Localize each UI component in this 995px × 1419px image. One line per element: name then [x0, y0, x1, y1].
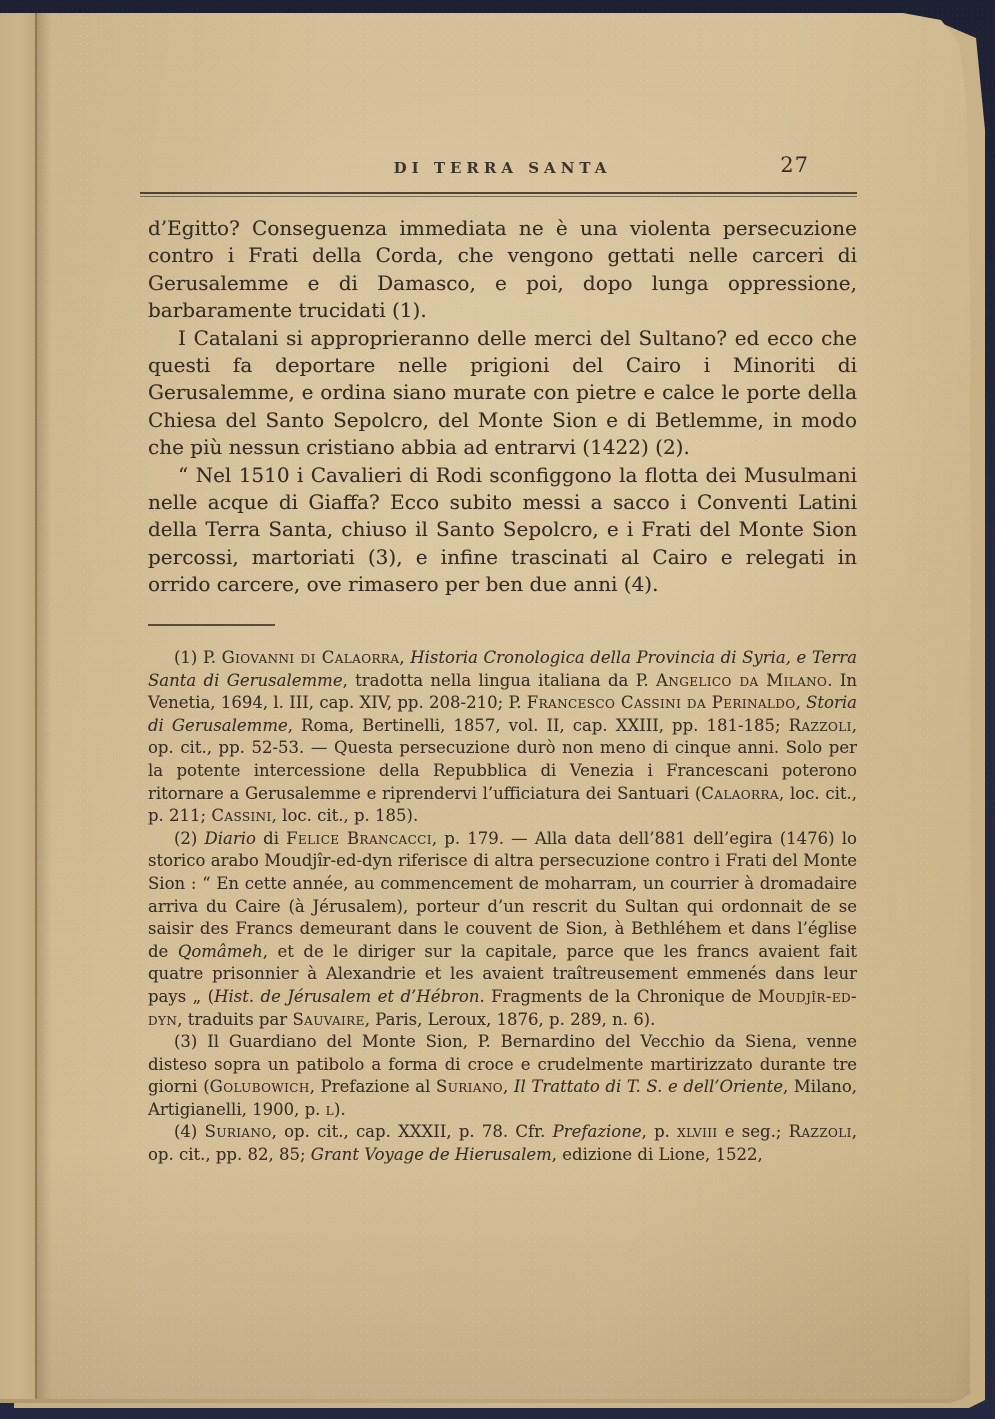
text-run: , op. cit., cap. XXXII, p. 78. Cfr.: [272, 1122, 553, 1141]
smallcaps-run: xlviii: [677, 1122, 717, 1141]
smallcaps-run: Golubowich: [210, 1077, 310, 1096]
smallcaps-run: Felice Brancacci: [286, 829, 432, 848]
smallcaps-run: Giovanni di Calaorra: [222, 648, 400, 667]
italic-run: Grant Voyage de Hierusalem: [311, 1145, 552, 1164]
text-run: ,: [796, 693, 807, 712]
book-page: DI TERRA SANTA 27 d’Egitto? Conseguenza …: [0, 13, 970, 1399]
italic-run: Diario: [205, 829, 256, 848]
body-paragraph: d’Egitto? Conseguenza immediata ne è una…: [148, 215, 857, 325]
text-run: , loc. cit., p. 185).: [272, 806, 419, 825]
text-run: di: [256, 829, 286, 848]
text-run: e seg.;: [718, 1122, 789, 1141]
italic-run: Hist. de Jérusalem et d’Hébron: [214, 987, 479, 1006]
bottom-page-stack-edge: [0, 1399, 962, 1403]
text-run: , traduits par: [177, 1010, 292, 1029]
italic-run: Prefazione: [553, 1122, 642, 1141]
smallcaps-run: Suriano: [205, 1122, 272, 1141]
text-run: ,: [503, 1077, 514, 1096]
body-paragraph: “ Nel 1510 i Cavalieri di Rodi sconfiggo…: [148, 462, 857, 599]
text-run: ,: [399, 648, 410, 667]
text-run: ).: [334, 1100, 346, 1119]
text-run: (2): [174, 829, 205, 848]
text-run: (1) P.: [174, 648, 222, 667]
smallcaps-run: Calaorra: [701, 784, 779, 803]
header-rule: [140, 192, 857, 197]
text-run: d’Egitto? Conseguenza immediata ne è una…: [148, 216, 857, 322]
smallcaps-run: l: [326, 1100, 334, 1119]
text-run: , p.: [642, 1122, 678, 1141]
smallcaps-run: Francesco Cassini da Perinaldo: [527, 693, 796, 712]
smallcaps-run: Sauvaire: [292, 1010, 364, 1029]
footnote-separator-rule: [148, 624, 275, 626]
page-number: 27: [780, 153, 809, 177]
footnote: (2) Diario di Felice Brancacci, p. 179. …: [148, 828, 857, 1031]
body-paragraph: I Catalani si approprieranno delle merci…: [148, 325, 857, 462]
smallcaps-run: Razzoli: [789, 716, 852, 735]
gutter-page-edge: [0, 13, 37, 1399]
smallcaps-run: Cassini: [211, 806, 271, 825]
text-block: DI TERRA SANTA 27 d’Egitto? Conseguenza …: [148, 13, 857, 1399]
scanned-book-page-photo: DI TERRA SANTA 27 d’Egitto? Conseguenza …: [0, 0, 995, 1419]
smallcaps-run: Razzoli: [789, 1122, 852, 1141]
text-run: , Prefazione al: [310, 1077, 436, 1096]
text-run: I Catalani si approprieranno delle merci…: [148, 326, 857, 460]
footnote: (3) Il Guardiano del Monte Sion, P. Bern…: [148, 1031, 857, 1121]
text-run: , edizione di Lione, 1522,: [552, 1145, 763, 1164]
footnotes: (1) P. Giovanni di Calaorra, Historia Cr…: [148, 647, 857, 1167]
text-run: , Paris, Leroux, 1876, p. 289, n. 6).: [365, 1010, 656, 1029]
smallcaps-run: Suriano: [436, 1077, 503, 1096]
text-run: “ Nel 1510 i Cavalieri di Rodi sconfiggo…: [148, 463, 857, 597]
italic-run: Qomâmeh: [178, 942, 263, 961]
text-run: , Roma, Bertinelli, 1857, vol. II, cap. …: [288, 716, 789, 735]
body-text: d’Egitto? Conseguenza immediata ne è una…: [148, 215, 857, 599]
text-run: , tradotta nella lingua italiana da P.: [343, 671, 656, 690]
text-run: (4): [174, 1122, 205, 1141]
italic-run: Il Trattato di T. S. e dell’Oriente: [514, 1077, 783, 1096]
footnote: (1) P. Giovanni di Calaorra, Historia Cr…: [148, 647, 857, 828]
smallcaps-run: Angelico da Milano: [656, 671, 827, 690]
footnote: (4) Suriano, op. cit., cap. XXXII, p. 78…: [148, 1121, 857, 1166]
running-header-title: DI TERRA SANTA: [148, 159, 857, 177]
text-run: . Fragments de la Chronique de: [479, 987, 758, 1006]
gutter-crease: [37, 13, 51, 1399]
